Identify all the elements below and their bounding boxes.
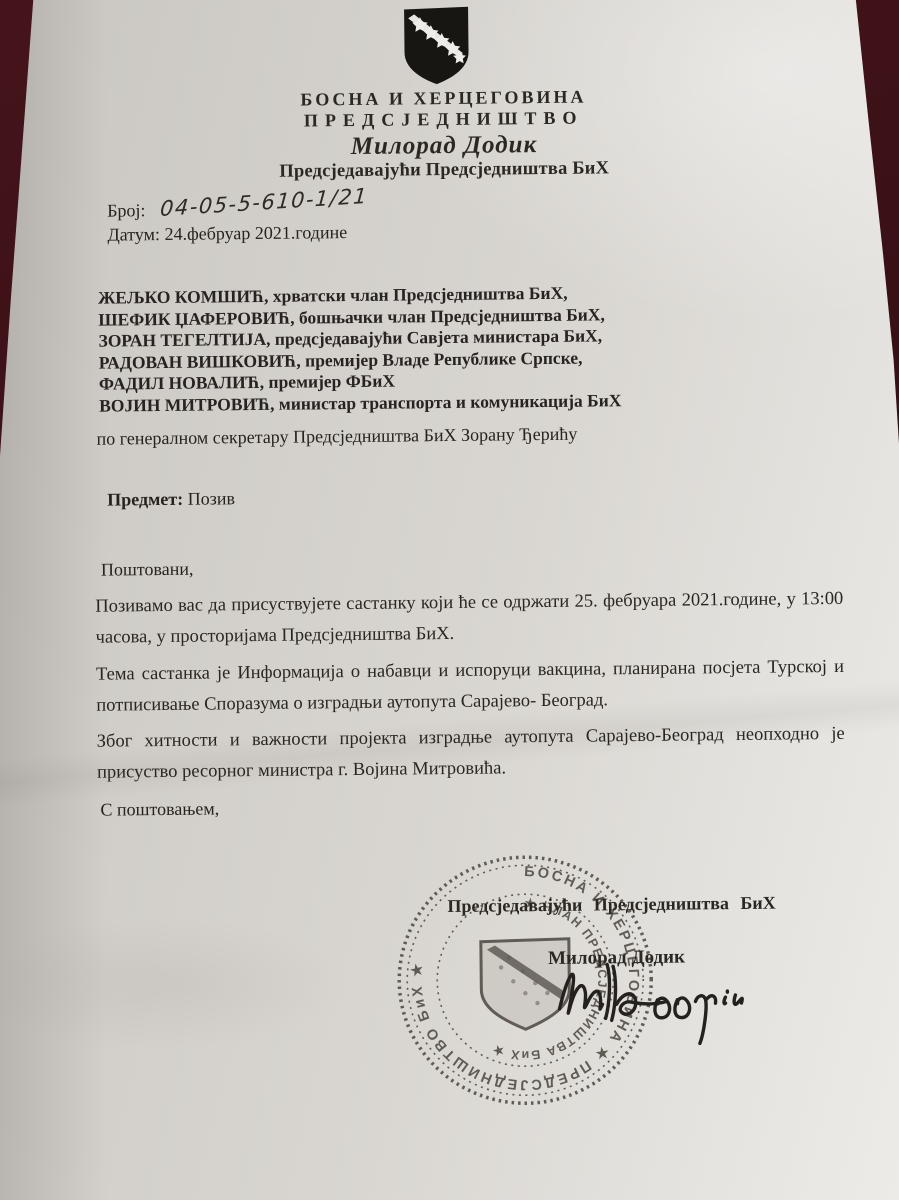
body-paragraph-1: Позивамо вас да присуствујете састанку к…: [95, 584, 844, 654]
attention-line: по генералном секретару Предсједништва Б…: [96, 424, 577, 450]
date-value: 24.фебруар 2021.године: [164, 222, 347, 244]
body-paragraph-2: Тема састанка је Информација о набавци и…: [96, 652, 845, 722]
letterhead-official-title: Предсједавајући Предсједништва БиХ: [192, 157, 697, 183]
letterhead-institution: ПРЕДСЈЕДНИШТВО: [191, 106, 696, 132]
handwritten-number: 04-05-5-610-1/21: [160, 184, 370, 221]
subject-value: Позив: [188, 488, 235, 508]
letter-content: БОСНА И ХЕРЦЕГОВИНА ПРЕДСЈЕДНИШТВО Милор…: [0, 0, 899, 1200]
reference-number-line: Број:04-05-5-610-1/21: [107, 195, 368, 222]
handwritten-signature: [553, 955, 759, 1057]
date-line: Датум: 24.фебруар 2021.године: [107, 222, 347, 246]
letter-photo: БОСНА И ХЕРЦЕГОВИНА ПРЕДСЈЕДНИШТВО Милор…: [0, 0, 899, 1200]
recipient-list: ЖЕЉКО КОМШИЋ, хрватски члан Предсједништ…: [98, 282, 622, 416]
subject-label: Предмет:: [107, 489, 183, 510]
number-label: Број:: [107, 200, 146, 220]
subject-line: Предмет: Позив: [107, 488, 235, 510]
bih-coat-of-arms-icon: [400, 6, 473, 92]
paper-sheet: БОСНА И ХЕРЦЕГОВИНА ПРЕДСЈЕДНИШТВО Милор…: [0, 0, 899, 1200]
closing-salutation: С поштовањем,: [100, 798, 219, 820]
signer-title: Предсједавајући Предсједништва БиХ: [447, 893, 775, 917]
body-paragraph-3: Због хитности и важности пројекта изград…: [97, 719, 846, 789]
salutation: Поштовани,: [101, 559, 194, 581]
date-label: Датум:: [107, 224, 160, 245]
